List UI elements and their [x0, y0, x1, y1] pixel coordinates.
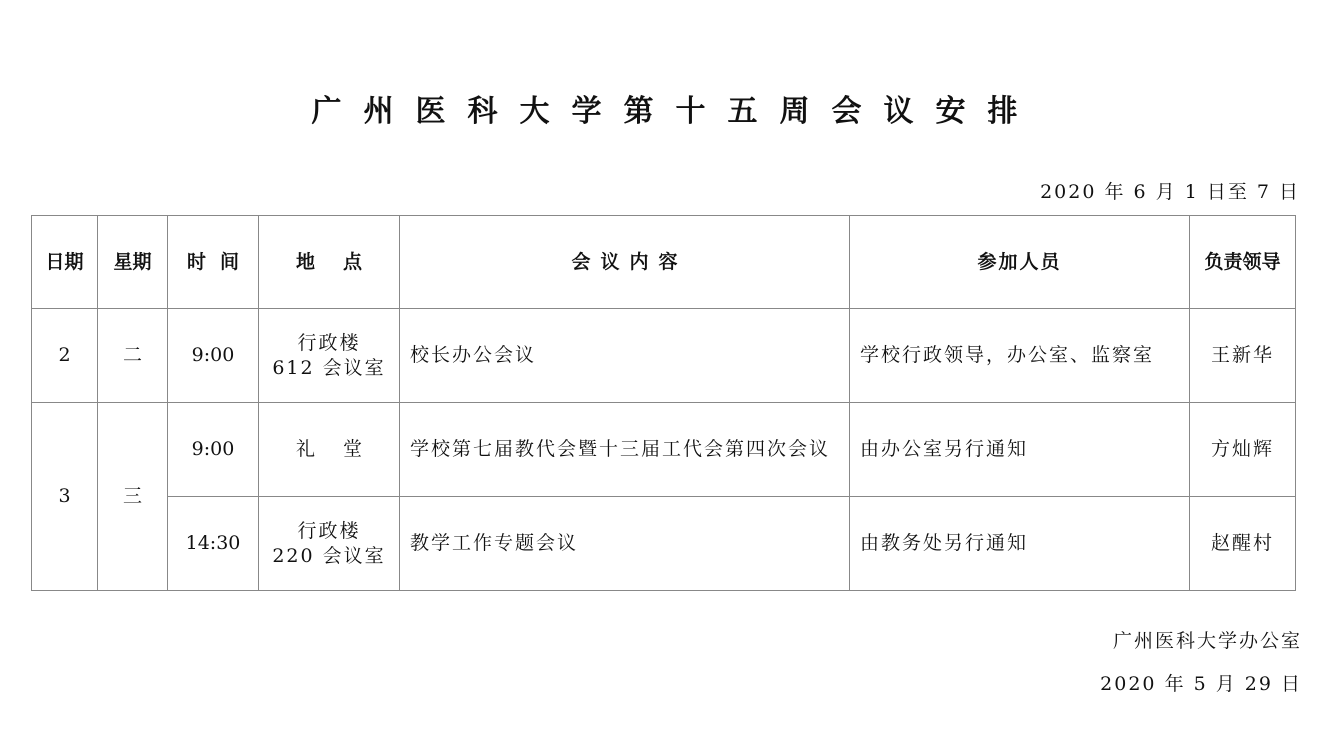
- document-title: 广州医科大学第十五周会议安排: [0, 86, 1329, 130]
- header-time: 时间: [168, 216, 259, 309]
- header-time-label: 时间: [173, 251, 253, 273]
- cell-leader: 王新华: [1190, 309, 1296, 403]
- cell-attendees: 由教务处另行通知: [850, 497, 1190, 591]
- header-leader: 负责领导: [1190, 216, 1296, 309]
- header-row: 日期 星期 时间 地点 会议内容 参加人员 负责领导: [32, 216, 1296, 309]
- cell-weekday: 二: [98, 309, 168, 403]
- header-attendees: 参加人员: [850, 216, 1190, 309]
- header-location: 地点: [259, 216, 400, 309]
- cell-content: 校长办公会议: [400, 309, 850, 403]
- cell-weekday: 三: [98, 403, 168, 591]
- issuing-organization: 广州医科大学办公室: [1113, 626, 1302, 653]
- date-range: 2020 年 6 月 1 日至 7 日: [1040, 177, 1300, 204]
- table-row: 2 二 9:00 行政楼 612 会议室 校长办公会议 学校行政领导，办公室、监…: [32, 309, 1296, 403]
- location-building: 行政楼: [259, 519, 399, 544]
- location-building: 礼堂: [259, 437, 399, 462]
- cell-time: 14:30: [168, 497, 259, 591]
- header-content-label: 会议内容: [561, 251, 687, 273]
- header-content: 会议内容: [400, 216, 850, 309]
- cell-location: 行政楼 612 会议室: [259, 309, 400, 403]
- cell-leader: 方灿辉: [1190, 403, 1296, 497]
- issue-date: 2020 年 5 月 29 日: [1100, 669, 1302, 696]
- header-attendees-label: 参加人员: [977, 251, 1061, 273]
- location-room: 612 会议室: [259, 356, 399, 381]
- location-building: 行政楼: [259, 331, 399, 356]
- header-weekday-label: 星期: [113, 251, 151, 273]
- location-room: 220 会议室: [259, 544, 399, 569]
- cell-time: 9:00: [168, 309, 259, 403]
- cell-date: 3: [32, 403, 98, 591]
- cell-attendees: 由办公室另行通知: [850, 403, 1190, 497]
- cell-time: 9:00: [168, 403, 259, 497]
- cell-location: 礼堂: [259, 403, 400, 497]
- table-row: 14:30 行政楼 220 会议室 教学工作专题会议 由教务处另行通知 赵醒村: [32, 497, 1296, 591]
- table-row: 3 三 9:00 礼堂 学校第七届教代会暨十三届工代会第四次会议 由办公室另行通…: [32, 403, 1296, 497]
- header-date-label: 日期: [45, 251, 83, 273]
- cell-attendees: 学校行政领导，办公室、监察室: [850, 309, 1190, 403]
- header-date: 日期: [32, 216, 98, 309]
- cell-location: 行政楼 220 会议室: [259, 497, 400, 591]
- header-leader-label: 负责领导: [1204, 251, 1280, 273]
- cell-content: 教学工作专题会议: [400, 497, 850, 591]
- header-location-label: 地点: [268, 251, 390, 273]
- header-weekday: 星期: [98, 216, 168, 309]
- cell-content: 学校第七届教代会暨十三届工代会第四次会议: [400, 403, 850, 497]
- cell-leader: 赵醒村: [1190, 497, 1296, 591]
- meeting-schedule-table: 日期 星期 时间 地点 会议内容 参加人员 负责领导 2 二 9:00 行政楼 …: [31, 215, 1296, 591]
- cell-date: 2: [32, 309, 98, 403]
